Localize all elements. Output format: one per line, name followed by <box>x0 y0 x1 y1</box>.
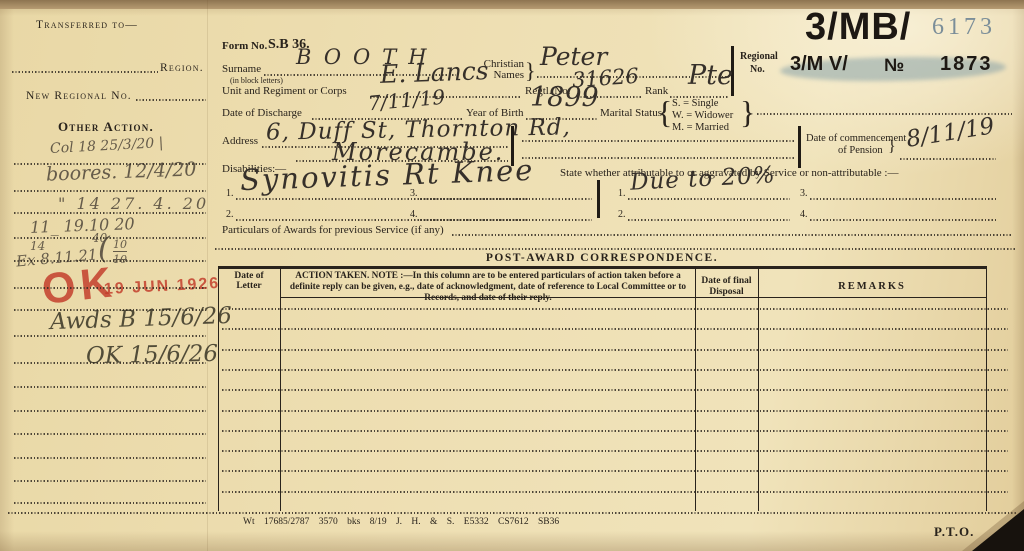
table-row-rule <box>222 308 1008 310</box>
birth-value: 1899 <box>530 82 599 113</box>
table-row-rule <box>222 389 1008 391</box>
column-header-remarks: REMARKS <box>758 281 986 292</box>
table-row-rule <box>222 430 1008 432</box>
torn-corner <box>972 509 1024 551</box>
left-panel-rule <box>14 386 206 388</box>
table-row-rule <box>222 491 1008 493</box>
awards-label: Particulars of Awards for previous Servi… <box>222 224 444 236</box>
disability-value: Synovitis Rt Knee <box>239 153 534 197</box>
attribution-rule <box>628 198 790 200</box>
left-panel-rule <box>14 480 206 482</box>
attribution-rule <box>628 219 790 221</box>
pension-rule <box>900 158 996 160</box>
pension-divider-rule <box>798 126 801 168</box>
pension-record-card: Transferred to— Region. New Regional No.… <box>0 0 1024 551</box>
table-vline <box>218 266 219 511</box>
other-action-title: Other Action. <box>58 119 154 135</box>
region-label: Region. <box>160 62 204 74</box>
table-row-rule <box>222 450 1008 452</box>
pension-value: 8/11/19 <box>905 113 997 153</box>
attribution-number: 1. <box>618 188 626 199</box>
new-regional-no-rule <box>136 99 206 101</box>
printer-imprint: Wt 17685/2787 3570 bks 8/19 J. H. & S. E… <box>243 517 559 527</box>
form-number-label: Form No. <box>222 40 267 52</box>
left-panel-rule <box>14 260 206 262</box>
registry-code-stamp: 3/MB/ <box>805 6 911 49</box>
table-row-rule <box>222 349 1008 351</box>
table-row-rule <box>222 410 1008 412</box>
disability-rule <box>420 219 592 221</box>
address-label: Address <box>222 135 258 147</box>
handwritten-note: 10 <box>113 238 127 252</box>
attribution-number: 3. <box>800 188 808 199</box>
marital-label: Marital Status <box>600 107 662 119</box>
left-panel-rule <box>14 237 206 239</box>
table-row-rule <box>222 470 1008 472</box>
disability-number: 4. <box>410 209 418 220</box>
left-panel-rule <box>14 287 206 289</box>
left-panel-rule <box>14 309 206 311</box>
awards-rule <box>452 234 1012 236</box>
marital-option-married: M. = Married <box>672 122 729 133</box>
unit-value: E. Lancs <box>380 56 490 89</box>
section-separator-rule <box>215 248 1015 250</box>
left-panel-rule <box>14 433 206 435</box>
marital-rule <box>757 113 1012 115</box>
table-row-rule <box>222 369 1008 371</box>
discharge-label: Date of Discharge <box>222 107 302 119</box>
marital-option-widower: W. = Widower <box>672 110 733 121</box>
disability-rule <box>420 198 592 200</box>
left-panel-rule <box>14 502 206 504</box>
discharge-value: 7/11/19 <box>367 85 446 116</box>
marital-brace-close: } <box>740 94 755 131</box>
left-panel-rule <box>14 335 206 337</box>
left-panel-rule <box>14 410 206 412</box>
handwritten-note: OK 15/6/26 <box>86 341 218 369</box>
left-panel-rule <box>14 457 206 459</box>
handwritten-note: " 14 27. 4. 20 <box>58 194 209 213</box>
transferred-to-label: Transferred to— <box>36 19 138 31</box>
column-header-action-taken: ACTION TAKEN. NOTE :—In this column are … <box>287 271 689 303</box>
marital-brace-open: { <box>657 94 672 131</box>
table-title: POST-AWARD CORRESPONDENCE. <box>486 252 718 264</box>
address-right-rule1 <box>522 140 794 142</box>
handwritten-note: Col 18 25/3/20 | <box>50 135 164 157</box>
christian-names-brace: } <box>525 58 536 84</box>
surname-note: (in block letters) <box>230 76 283 85</box>
disability-number: 3. <box>410 188 418 199</box>
attribution-number: 2. <box>618 209 626 220</box>
regional-stamp-code: 3/M V/ <box>790 53 848 76</box>
address-right-rule2 <box>522 157 794 159</box>
handwritten-note: Awds B 15/6/26 <box>50 303 233 335</box>
pension-label-line2: of Pension <box>838 145 883 156</box>
rank-value: Pte <box>688 60 733 91</box>
left-panel-rule <box>14 212 206 214</box>
disabilities-divider-rule <box>597 180 600 218</box>
left-panel-rule <box>14 163 206 165</box>
column-header-final-disposal: Date of final Disposal <box>697 276 756 297</box>
table-row-rule <box>222 328 1008 330</box>
handwritten-note: 11_ 19.10 20 <box>30 214 135 237</box>
disability-number: 2. <box>226 209 234 220</box>
table-top-border <box>218 266 987 269</box>
region-rule <box>12 71 158 73</box>
unit-label: Unit and Regiment or Corps <box>222 85 347 97</box>
attribution-number: 4. <box>800 209 808 220</box>
attribution-rule <box>810 198 996 200</box>
regional-stamp-no-sign: № <box>884 55 904 76</box>
regional-stamp-number: 1873 <box>940 53 993 76</box>
regional-no-label: No. <box>750 64 765 75</box>
marital-option-single: S. = Single <box>672 98 718 109</box>
bottom-rule <box>8 512 1016 514</box>
left-panel-rule <box>14 362 206 364</box>
left-panel-rule <box>14 190 206 192</box>
disability-number: 1. <box>226 188 234 199</box>
regional-no-label: Regional <box>740 51 778 62</box>
serial-number: 6173 <box>932 14 996 41</box>
new-regional-no-label: New Regional No. <box>26 90 132 102</box>
surname-label: Surname <box>222 63 261 75</box>
column-header-date-of-letter: Date of Letter <box>230 271 268 291</box>
attribution-rule <box>810 219 996 221</box>
pension-brace: } <box>888 138 896 156</box>
table-header-underline <box>280 297 987 298</box>
